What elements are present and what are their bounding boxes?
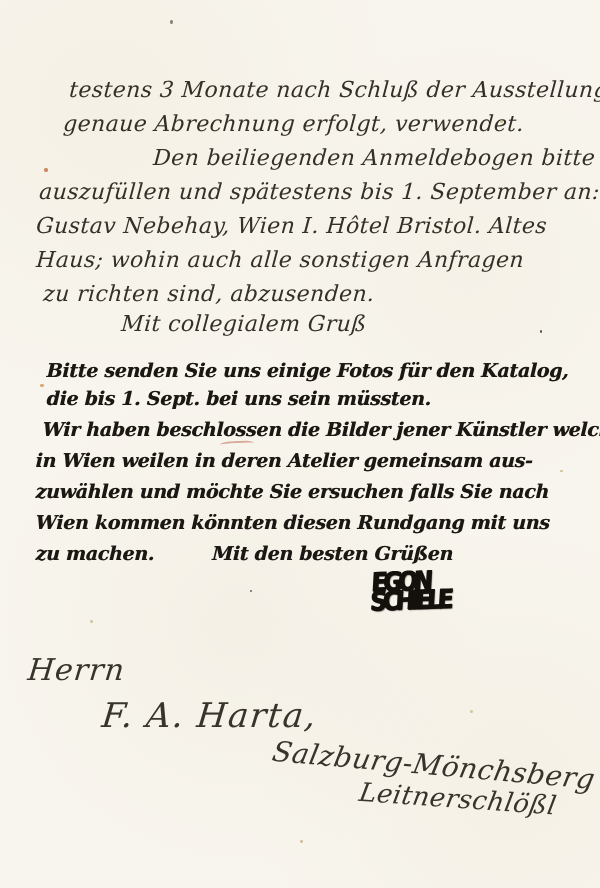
paper-speck — [90, 620, 93, 623]
body-line: Den beiliegenden Anmeldebogen bitte — [152, 142, 600, 176]
body-line: auszufüllen und spätestens bis 1. Septem… — [38, 176, 600, 210]
postscript-closing-line: zu machen.Mit den besten Grüßen — [35, 539, 600, 570]
postscript-line: zuwählen und möchte Sie ersuchen falls S… — [35, 477, 600, 508]
paper-speck — [300, 840, 303, 843]
postscript-closing-left: zu machen. — [35, 543, 154, 565]
postscript-line: die bis 1. Sept. bei uns sein müssten. — [46, 384, 600, 415]
paper-speck — [560, 470, 563, 472]
postscript-line: Bitte senden Sie uns einige Fotos für de… — [46, 356, 600, 387]
paper-speck — [470, 710, 473, 713]
body-line: Gustav Nebehay, Wien I. Hôtel Bristol. A… — [35, 210, 600, 244]
paper-speck — [540, 330, 542, 333]
paper-speck — [500, 120, 503, 123]
paper-speck — [250, 590, 252, 592]
body-line: testens 3 Monate nach Schluß der Ausstel… — [68, 74, 600, 108]
postscript-closing-right: Mit den besten Grüßen — [212, 543, 454, 565]
address-recipient-name: F. A. Harta, — [100, 696, 319, 736]
letter-body: testens 3 Monate nach Schluß der Ausstel… — [0, 74, 600, 342]
postscript-line: Wir haben beschlossen die Bilder jener K… — [42, 415, 600, 446]
postscript-line: Wien kommen könnten diesen Rundgang mit … — [35, 508, 600, 539]
letter-page: testens 3 Monate nach Schluß der Ausstel… — [0, 0, 600, 888]
letter-postscript: Bitte senden Sie uns einige Fotos für de… — [0, 356, 600, 570]
body-line: zu richten sind, abzusenden. — [42, 278, 600, 312]
signature-last-name: SCHIELE — [370, 590, 450, 611]
signature-scrawl: EGON SCHIELE — [371, 573, 450, 611]
address-salutation: Herrn — [26, 653, 127, 688]
paper-speck — [44, 168, 48, 172]
body-line: genaue Abrechnung erfolgt, verwendet. — [62, 108, 600, 142]
postscript-line: in Wien weilen in deren Atelier gemeinsa… — [35, 446, 600, 477]
body-line: Haus; wohin auch alle sonstigen Anfragen — [35, 244, 600, 278]
paper-speck — [170, 20, 173, 24]
body-closing-line: Mit collegialem Gruß — [120, 308, 600, 342]
paper-speck — [40, 384, 44, 387]
